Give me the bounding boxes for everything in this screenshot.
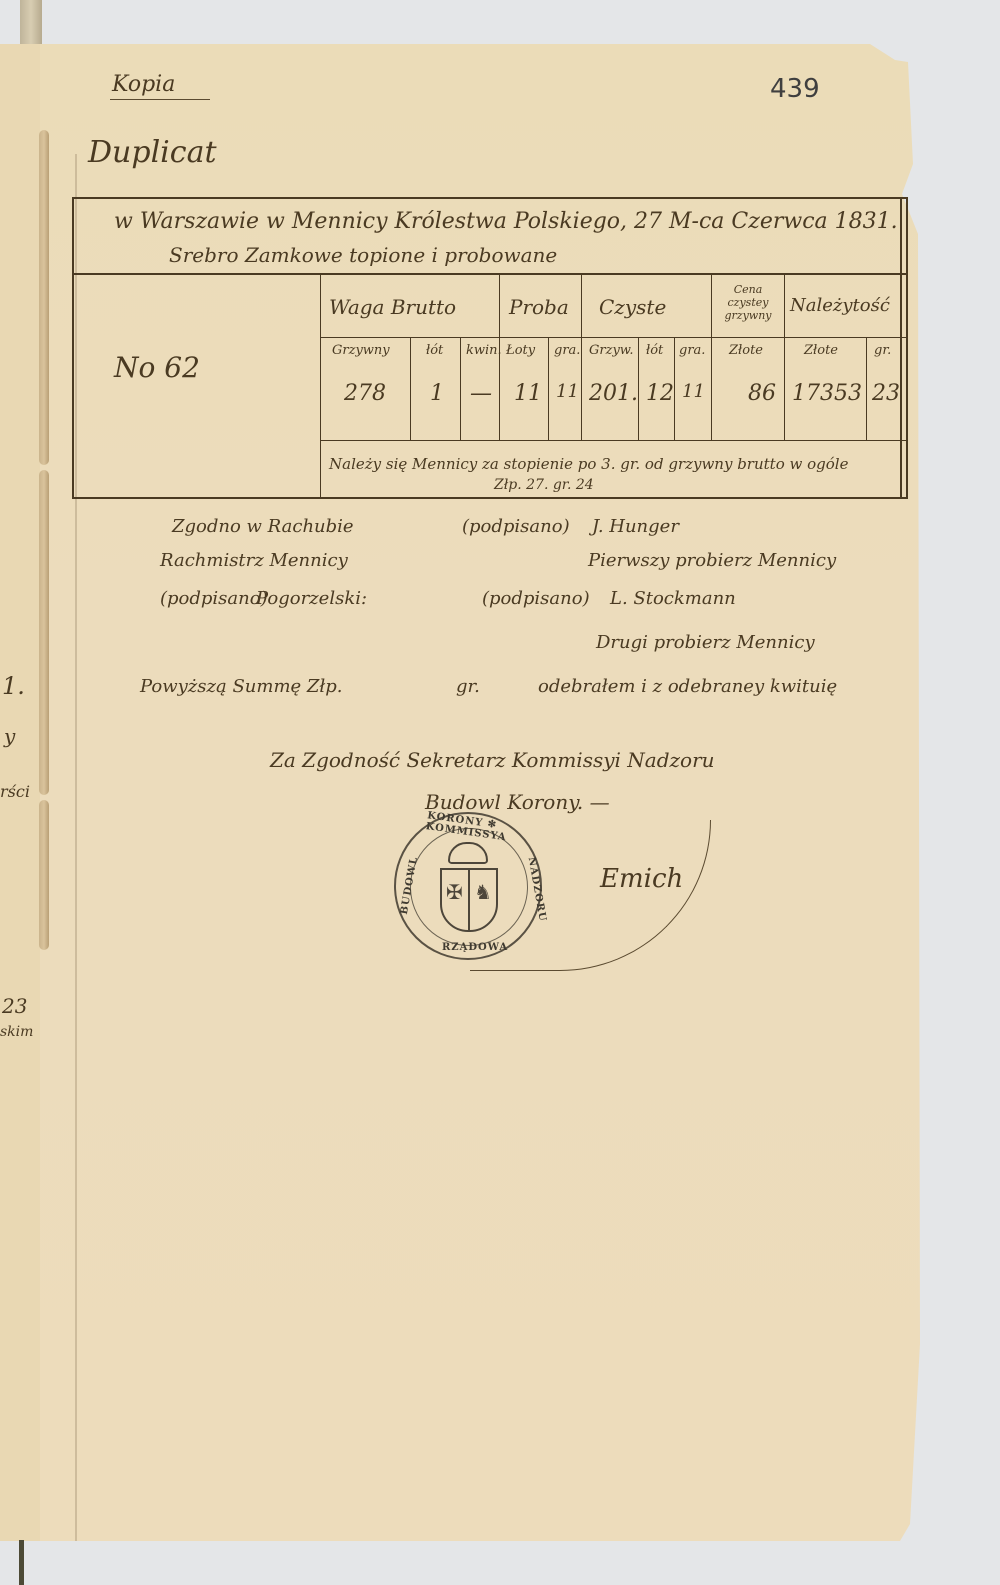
binding-string-middle <box>39 470 49 795</box>
binding-rod <box>19 1540 24 1585</box>
sig-left-line2: Rachmistrz Mennicy <box>160 550 348 571</box>
value-cena-zlote: 86 <box>748 381 776 406</box>
subcol-czyste-lot: łót <box>646 343 663 358</box>
subcol-lot: łót <box>426 343 443 358</box>
col-group-cena: Cena czystey grzywny <box>714 283 782 322</box>
seal-text-bottom: RZĄDOWA <box>442 942 508 953</box>
margin-fragment: skim <box>0 1024 33 1040</box>
official-seal: KORONY ✻ KOMMISSYA BUDOWL NADZORU RZĄDOW… <box>394 812 542 960</box>
value-naleznosc-gr: 23 <box>872 381 900 406</box>
subcol-kwin: kwin. <box>466 343 502 358</box>
subcol-gra: gra. <box>554 343 580 358</box>
binding-strip <box>20 0 42 46</box>
value-proba-gra: 11 <box>556 381 579 402</box>
ledger-header-place-date: w Warszawie w Mennicy Królestwa Polskieg… <box>114 209 898 234</box>
pogon-rider-icon: ♞ <box>474 880 492 904</box>
sig-right-line3-name: L. Stockmann <box>610 588 736 609</box>
certification-line1: Za Zgodność Sekretarz Kommissyi Nadzoru <box>270 748 715 772</box>
ledger-note-fee: Należy się Mennicy za stopienie po 3. gr… <box>329 455 848 473</box>
col-group-proba: Proba <box>509 295 569 319</box>
heading-underline <box>110 99 210 100</box>
heading-duplicate: Duplicat <box>88 135 217 170</box>
binding-string-upper <box>39 130 49 465</box>
sig-right-line1-name: J. Hunger <box>592 516 679 537</box>
ledger-header-material: Srebro Zamkowe topione i probowane <box>169 243 557 267</box>
certification-line2: Budowl Korony. — <box>425 790 610 814</box>
sig-right-line4: Drugi probierz Mennicy <box>596 632 815 653</box>
sig-right-line2: Pierwszy probierz Mennicy <box>588 550 836 571</box>
margin-fragment: y <box>4 724 15 748</box>
col-group-naleznosc: Należytość <box>790 295 890 316</box>
subcol-czyste-gra: gra. <box>679 343 705 358</box>
value-czyste-grzyw: 201. <box>589 381 638 406</box>
receipt-prefix: Powyższą Summę Złp. <box>140 676 342 697</box>
sig-right-line1-prefix: (podpisano) <box>462 516 570 537</box>
col-group-waga-brutto: Waga Brutto <box>329 295 456 319</box>
margin-fragment: 1. <box>2 672 25 700</box>
subcol-grzyw: Grzyw. <box>589 343 634 358</box>
value-brutto-lot: 1 <box>430 381 444 406</box>
sig-left-line3-name: Pogorzelski: <box>256 588 367 609</box>
entry-number: No 62 <box>114 351 200 384</box>
coat-of-arms-icon: ✠ ♞ <box>440 868 498 932</box>
value-proba-loty: 11 <box>514 381 542 406</box>
folio-number: 439 <box>770 74 820 104</box>
receipt-gr-label: gr. <box>456 676 480 697</box>
value-naleznosc-zlote: 17353 <box>792 381 862 406</box>
eagle-icon: ✠ <box>446 880 463 904</box>
sig-left-line3-prefix: (podpisano) <box>160 588 268 609</box>
sig-right-line3-prefix: (podpisano) <box>482 588 590 609</box>
subcol-loty: Łoty <box>506 343 535 358</box>
value-czyste-gra: 11 <box>682 381 705 402</box>
margin-fragment: rści <box>0 782 30 801</box>
ledger-note-total: Złp. 27. gr. 24 <box>494 477 594 493</box>
assay-ledger-table: w Warszawie w Mennicy Królestwa Polskieg… <box>72 197 908 499</box>
value-brutto-grzywny: 278 <box>344 381 386 406</box>
sig-left-line1: Zgodno w Rachubie <box>172 516 354 537</box>
margin-fragment: 23 <box>2 994 27 1018</box>
col-group-czyste: Czyste <box>599 295 666 319</box>
subcol-naleznosc-zlote: Złote <box>804 343 838 358</box>
value-czyste-lot: 12 <box>646 381 674 406</box>
subcol-grzywny: Grzywny <box>332 343 390 358</box>
heading-copy: Kopia <box>112 72 175 97</box>
binding-string-lower <box>39 800 49 950</box>
subcol-naleznosc-gr: gr. <box>874 343 891 358</box>
subcol-cena-zlote: Złote <box>729 343 763 358</box>
value-brutto-kwin: — <box>470 381 492 406</box>
receipt-suffix: odebrałem i z odebraney kwituię <box>538 676 837 697</box>
